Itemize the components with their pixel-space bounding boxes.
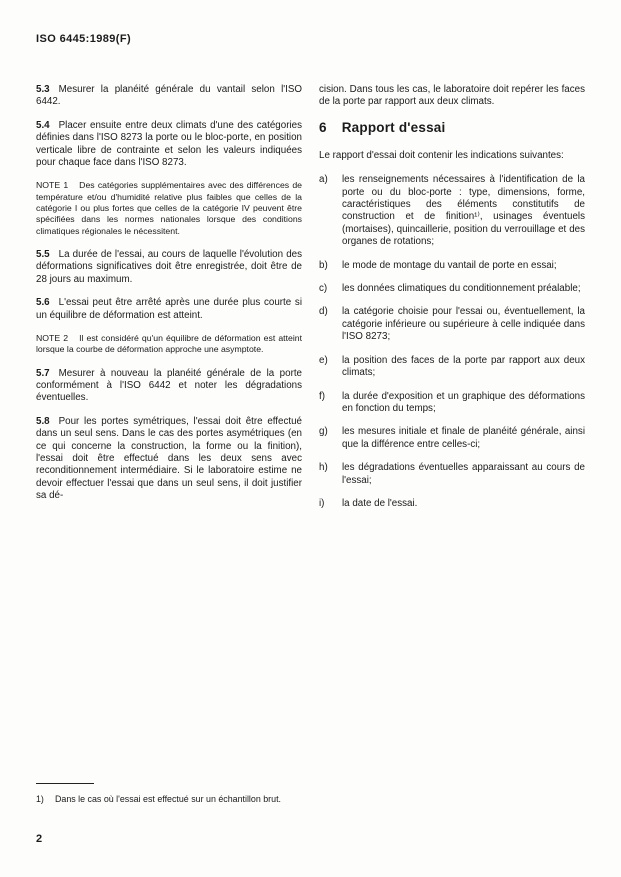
- section-paragraph-5-3: 5.3Mesurer la planéité générale du vanta…: [36, 84, 302, 109]
- note-paragraph-2: NOTE 2Il est considéré qu'un équilibre d…: [36, 333, 302, 356]
- list-item-label: h): [319, 462, 342, 487]
- section-paragraph-5-6: 5.6L'essai peut être arrêté après une du…: [36, 297, 302, 322]
- list-item-text: la date de l'essai.: [342, 498, 585, 510]
- section-text: L'essai peut être arrêté après une durée…: [36, 297, 302, 320]
- list-item-text: le mode de montage du vantail de porte e…: [342, 260, 585, 272]
- section-number: 5.4: [36, 120, 50, 131]
- list-item-label: d): [319, 306, 342, 343]
- list-item-f: f) la durée d'exposition et un graphique…: [319, 391, 585, 416]
- list-item-i: i) la date de l'essai.: [319, 498, 585, 510]
- footnote: 1) Dans le cas où l'essai est effectué s…: [36, 794, 466, 805]
- section-text: Mesurer la planéité générale du vantail …: [36, 84, 302, 107]
- right-column: cision. Dans tous les cas, le laboratoir…: [319, 84, 585, 521]
- list-item-text: la catégorie choisie pour l'essai ou, év…: [342, 306, 585, 343]
- section-paragraph-5-8: 5.8Pour les portes symétriques, l'essai …: [36, 416, 302, 503]
- section-text: La durée de l'essai, au cours de laquell…: [36, 249, 302, 285]
- note-label: NOTE 2: [36, 333, 68, 343]
- footnote-text: Dans le cas où l'essai est effectué sur …: [55, 794, 281, 805]
- list-item-text: la durée d'exposition et un graphique de…: [342, 391, 585, 416]
- section-paragraph-5-5: 5.5La durée de l'essai, au cours de laqu…: [36, 249, 302, 286]
- footnote-label: 1): [36, 794, 55, 805]
- list-item-label: g): [319, 426, 342, 451]
- list-item-e: e) la position des faces de la porte par…: [319, 355, 585, 380]
- list-item-b: b) le mode de montage du vantail de port…: [319, 260, 585, 272]
- list-item-d: d) la catégorie choisie pour l'essai ou,…: [319, 306, 585, 343]
- list-item-label: e): [319, 355, 342, 380]
- section-text: Pour les portes symétriques, l'essai doi…: [36, 416, 302, 501]
- list-item-c: c) les données climatiques du conditionn…: [319, 283, 585, 295]
- note-label: NOTE 1: [36, 180, 68, 190]
- list-item-text: les dégradations éventuelles apparaissan…: [342, 462, 585, 487]
- section-paragraph-5-7: 5.7Mesurer à nouveau la planéité général…: [36, 368, 302, 405]
- list-item-h: h) les dégradations éventuelles apparais…: [319, 462, 585, 487]
- note-text: Des catégories supplémentaires avec des …: [36, 180, 302, 235]
- section-paragraph-5-4: 5.4Placer ensuite entre deux climats d'u…: [36, 120, 302, 170]
- list-item-label: i): [319, 498, 342, 510]
- section-number: 5.3: [36, 84, 50, 95]
- list-item-a: a) les renseignements nécessaires à l'id…: [319, 174, 585, 248]
- page-number: 2: [36, 833, 42, 845]
- two-column-layout: 5.3Mesurer la planéité générale du vanta…: [36, 84, 585, 521]
- continuation-paragraph: cision. Dans tous les cas, le laboratoir…: [319, 84, 585, 109]
- clause-title: Rapport d'essai: [342, 120, 446, 135]
- list-item-label: f): [319, 391, 342, 416]
- footnote-area: 1) Dans le cas où l'essai est effectué s…: [36, 783, 466, 805]
- section-number: 5.5: [36, 249, 50, 260]
- clause-6-intro: Le rapport d'essai doit contenir les ind…: [319, 150, 585, 162]
- list-item-label: b): [319, 260, 342, 272]
- document-reference-header: ISO 6445:1989(F): [36, 33, 131, 45]
- clause-6-heading: 6Rapport d'essai: [319, 120, 585, 135]
- section-text: Mesurer à nouveau la planéité générale d…: [36, 368, 302, 404]
- list-item-text: les données climatiques du conditionneme…: [342, 283, 585, 295]
- list-item-label: c): [319, 283, 342, 295]
- list-item-text: les mesures initiale et finale de planéi…: [342, 426, 585, 451]
- note-paragraph-1: NOTE 1Des catégories supplémentaires ave…: [36, 180, 302, 236]
- list-item-g: g) les mesures initiale et finale de pla…: [319, 426, 585, 451]
- note-text: Il est considéré qu'un équilibre de défo…: [36, 333, 302, 354]
- footnote-divider: [36, 783, 94, 784]
- section-text: Placer ensuite entre deux climats d'une …: [36, 120, 302, 168]
- document-page: ISO 6445:1989(F) 5.3Mesurer la planéité …: [0, 0, 621, 877]
- clause-number: 6: [319, 120, 327, 135]
- section-number: 5.6: [36, 297, 50, 308]
- section-number: 5.7: [36, 368, 50, 379]
- list-item-text: la position des faces de la porte par ra…: [342, 355, 585, 380]
- list-item-label: a): [319, 174, 342, 248]
- list-item-text: les renseignements nécessaires à l'ident…: [342, 174, 585, 248]
- section-number: 5.8: [36, 416, 50, 427]
- left-column: 5.3Mesurer la planéité générale du vanta…: [36, 84, 302, 521]
